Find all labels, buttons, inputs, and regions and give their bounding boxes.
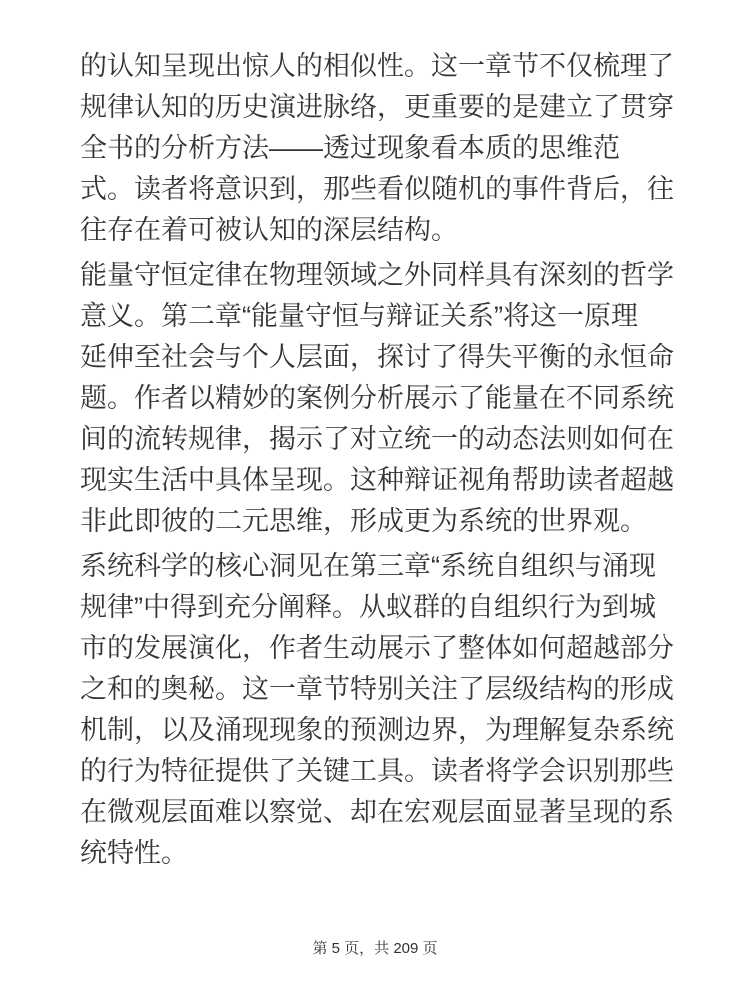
text-line: 机制，以及涌现现象的预测边界，为理解复杂系统 bbox=[80, 710, 692, 751]
paragraph: 能量守恒定律在物理领域之外同样具有深刻的哲学意义。第二章“能量守恒与辩证关系”将… bbox=[80, 255, 692, 542]
page-number-indicator: 第 5 页，共 209 页 bbox=[312, 940, 437, 957]
text-line: 全书的分析方法——透过现象看本质的思维范 bbox=[80, 128, 692, 169]
page-footer: 第 5 页，共 209 页 bbox=[0, 938, 750, 960]
text-line: 意义。第二章“能量守恒与辩证关系”将这一原理 bbox=[80, 296, 692, 337]
text-line: 系统科学的核心洞见在第三章“系统自组织与涌现 bbox=[80, 546, 692, 587]
text-line: 规律”中得到充分阐释。从蚁群的自组织行为到城 bbox=[80, 587, 692, 628]
text-line: 间的流转规律，揭示了对立统一的动态法则如何在 bbox=[80, 419, 692, 460]
text-line: 之和的奥秘。这一章节特别关注了层级结构的形成 bbox=[80, 669, 692, 710]
text-line: 的认知呈现出惊人的相似性。这一章节不仅梳理了 bbox=[80, 46, 692, 87]
text-line: 往存在着可被认知的深层结构。 bbox=[80, 210, 692, 251]
page-body-text: 的认知呈现出惊人的相似性。这一章节不仅梳理了规律认知的历史演进脉络，更重要的是建… bbox=[80, 46, 692, 878]
text-line: 规律认知的历史演进脉络，更重要的是建立了贯穿 bbox=[80, 87, 692, 128]
text-line: 的行为特征提供了关键工具。读者将学会识别那些 bbox=[80, 751, 692, 792]
text-line: 式。读者将意识到，那些看似随机的事件背后，往 bbox=[80, 169, 692, 210]
text-line: 题。作者以精妙的案例分析展示了能量在不同系统 bbox=[80, 378, 692, 419]
paragraph: 系统科学的核心洞见在第三章“系统自组织与涌现规律”中得到充分阐释。从蚁群的自组织… bbox=[80, 546, 692, 874]
text-line: 非此即彼的二元思维，形成更为系统的世界观。 bbox=[80, 501, 692, 542]
text-line: 现实生活中具体呈现。这种辩证视角帮助读者超越 bbox=[80, 460, 692, 501]
text-line: 能量守恒定律在物理领域之外同样具有深刻的哲学 bbox=[80, 255, 692, 296]
document-page: 的认知呈现出惊人的相似性。这一章节不仅梳理了规律认知的历史演进脉络，更重要的是建… bbox=[0, 0, 750, 1000]
text-line: 市的发展演化，作者生动展示了整体如何超越部分 bbox=[80, 628, 692, 669]
text-line: 统特性。 bbox=[80, 833, 692, 874]
text-line: 在微观层面难以察觉、却在宏观层面显著呈现的系 bbox=[80, 792, 692, 833]
paragraph: 的认知呈现出惊人的相似性。这一章节不仅梳理了规律认知的历史演进脉络，更重要的是建… bbox=[80, 46, 692, 251]
text-line: 延伸至社会与个人层面，探讨了得失平衡的永恒命 bbox=[80, 337, 692, 378]
